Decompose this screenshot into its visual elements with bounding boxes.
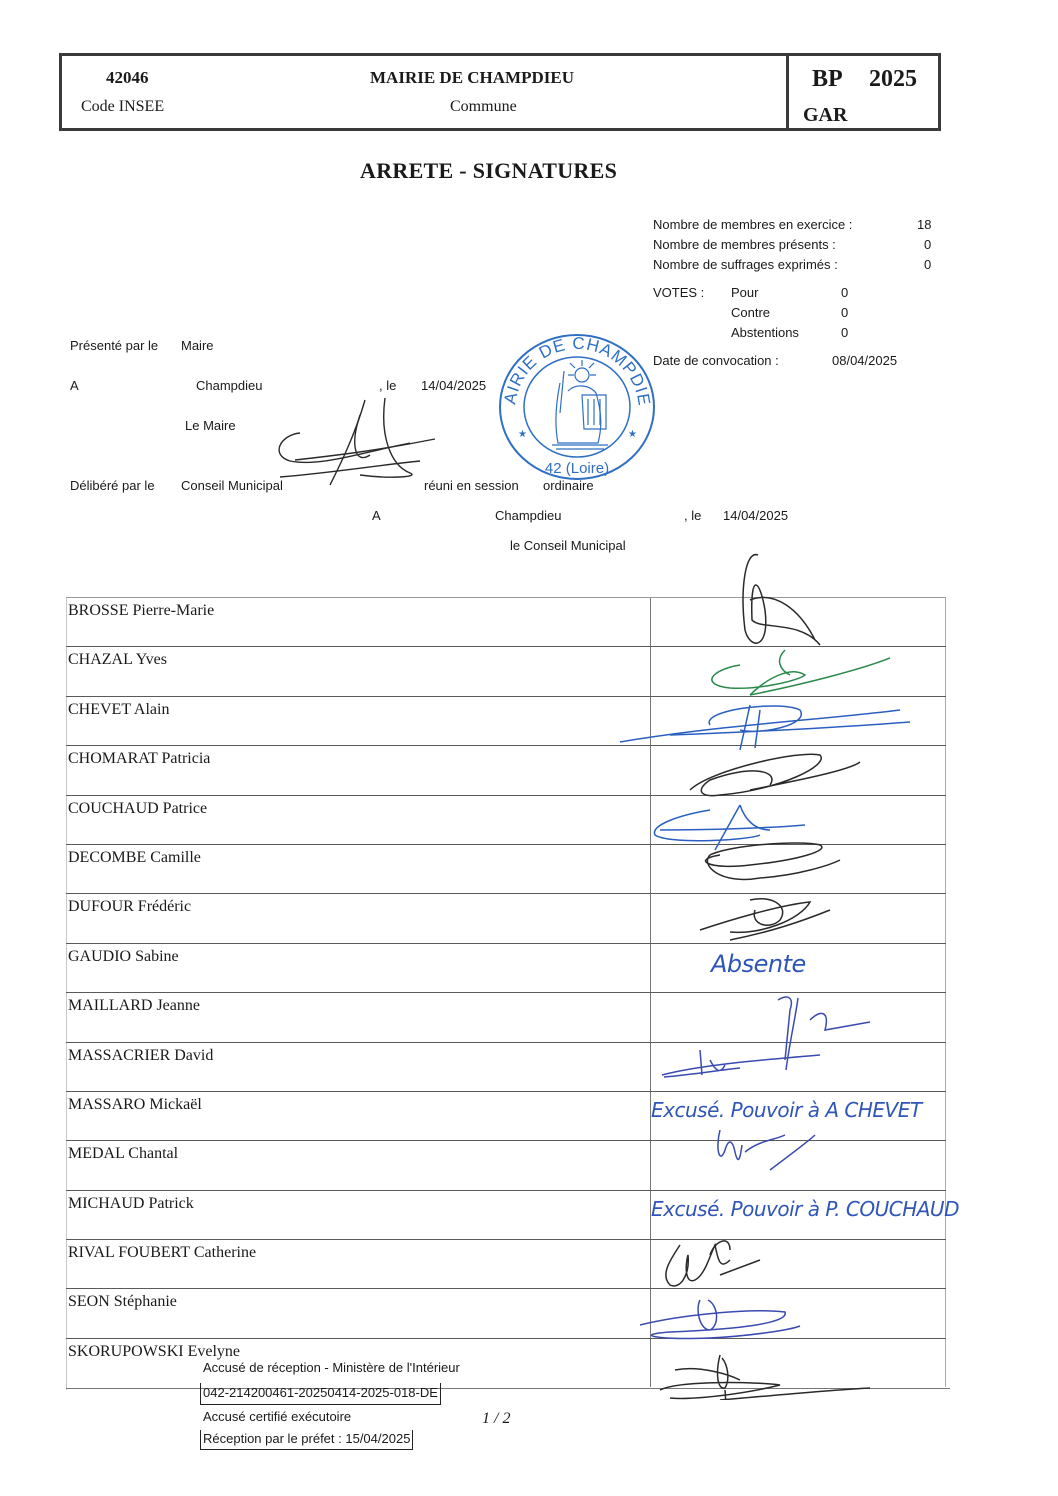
svg-text:MAIRIE DE CHAMPDIEU: MAIRIE DE CHAMPDIEU: [498, 333, 654, 408]
votes-cast-label: Nombre de suffrages exprimés :: [653, 257, 838, 272]
member-name: CHAZAL Yves: [68, 651, 167, 669]
member-name: SEON Stéphanie: [68, 1293, 177, 1311]
member-name: MASSACRIER David: [68, 1047, 213, 1065]
convocation-date: 08/04/2025: [832, 353, 897, 368]
presented-date: 14/04/2025: [421, 378, 486, 393]
votes-against-label: Contre: [731, 305, 770, 320]
mayor-signature: [270, 395, 440, 490]
stamp-bottom-text: 42 (Loire): [545, 460, 609, 477]
presented-signer: Le Maire: [185, 418, 236, 433]
receipt-identifier: 042-214200461-20250414-2025-018-DE: [200, 1383, 441, 1405]
member-name: CHEVET Alain: [68, 701, 169, 719]
insee-code-label: Code INSEE: [81, 98, 164, 116]
presented-label: Présenté par le: [70, 338, 158, 353]
member-name: COUCHAUD Patrice: [68, 800, 207, 818]
votes-label: VOTES :: [653, 285, 704, 300]
member-name: MICHAUD Patrick: [68, 1195, 194, 1213]
deliberated-label: Délibéré par le: [70, 478, 155, 493]
deliberated-date: 14/04/2025: [723, 508, 788, 523]
stamp-top-text: MAIRIE DE CHAMPDIEU: [498, 333, 654, 408]
members-in-office-label: Nombre de membres en exercice :: [653, 217, 852, 232]
svg-text:★: ★: [518, 429, 527, 440]
member-name: BROSSE Pierre-Marie: [68, 602, 214, 620]
votes-cast-value: 0: [924, 257, 931, 272]
votes-for-label: Pour: [731, 285, 758, 300]
deliberated-by: Conseil Municipal: [181, 478, 283, 493]
votes-for-value: 0: [841, 285, 848, 300]
member-name: CHOMARAT Patricia: [68, 750, 210, 768]
header-divider: [786, 56, 789, 128]
member-name: SKORUPOWSKI Evelyne: [68, 1343, 240, 1361]
member-name: MASSARO Mickaël: [68, 1096, 202, 1114]
member-signatures: [600, 540, 1000, 1400]
official-stamp: MAIRIE DE CHAMPDIEU 42 (Loire) ★ ★: [498, 333, 656, 481]
votes-against-value: 0: [841, 305, 848, 320]
presented-by: Maire: [181, 338, 214, 353]
member-name: DECOMBE Camille: [68, 849, 201, 867]
abstentions-label: Abstentions: [731, 325, 799, 340]
page-number: 1 / 2: [482, 1410, 510, 1428]
svg-text:★: ★: [628, 429, 637, 440]
member-name: RIVAL FOUBERT Catherine: [68, 1244, 256, 1262]
member-name: GAUDIO Sabine: [68, 948, 179, 966]
receipt-status: Accusé certifié exécutoire: [203, 1409, 351, 1424]
presented-date-label: , le: [379, 378, 396, 393]
commune-name: MAIRIE DE CHAMPDIEU: [370, 68, 574, 88]
insee-code: 42046: [106, 68, 149, 88]
budget-year: 2025: [869, 66, 917, 93]
presented-at-label: A: [70, 378, 79, 393]
deliberated-place: Champdieu: [495, 508, 562, 523]
convocation-label: Date de convocation :: [653, 353, 779, 368]
member-name: DUFOUR Frédéric: [68, 898, 191, 916]
receipt-title: Accusé de réception - Ministère de l'Int…: [203, 1360, 460, 1375]
members-present-value: 0: [924, 237, 931, 252]
abstentions-value: 0: [841, 325, 848, 340]
budget-type: BP: [812, 66, 843, 93]
service-code: GAR: [803, 104, 847, 127]
presented-place: Champdieu: [196, 378, 263, 393]
deliberated-at-label: A: [372, 508, 381, 523]
receipt-date: Réception par le préfet : 15/04/2025: [200, 1430, 413, 1450]
member-name: MAILLARD Jeanne: [68, 997, 200, 1015]
commune-label: Commune: [450, 98, 517, 116]
member-name: MEDAL Chantal: [68, 1145, 178, 1163]
document-header: 42046 Code INSEE MAIRIE DE CHAMPDIEU Com…: [59, 53, 941, 131]
marianne-figure-icon: [552, 360, 608, 449]
members-present-label: Nombre de membres présents :: [653, 237, 836, 252]
members-in-office-value: 18: [917, 217, 931, 232]
page-title: ARRETE - SIGNATURES: [360, 158, 617, 184]
deliberated-date-label: , le: [684, 508, 701, 523]
